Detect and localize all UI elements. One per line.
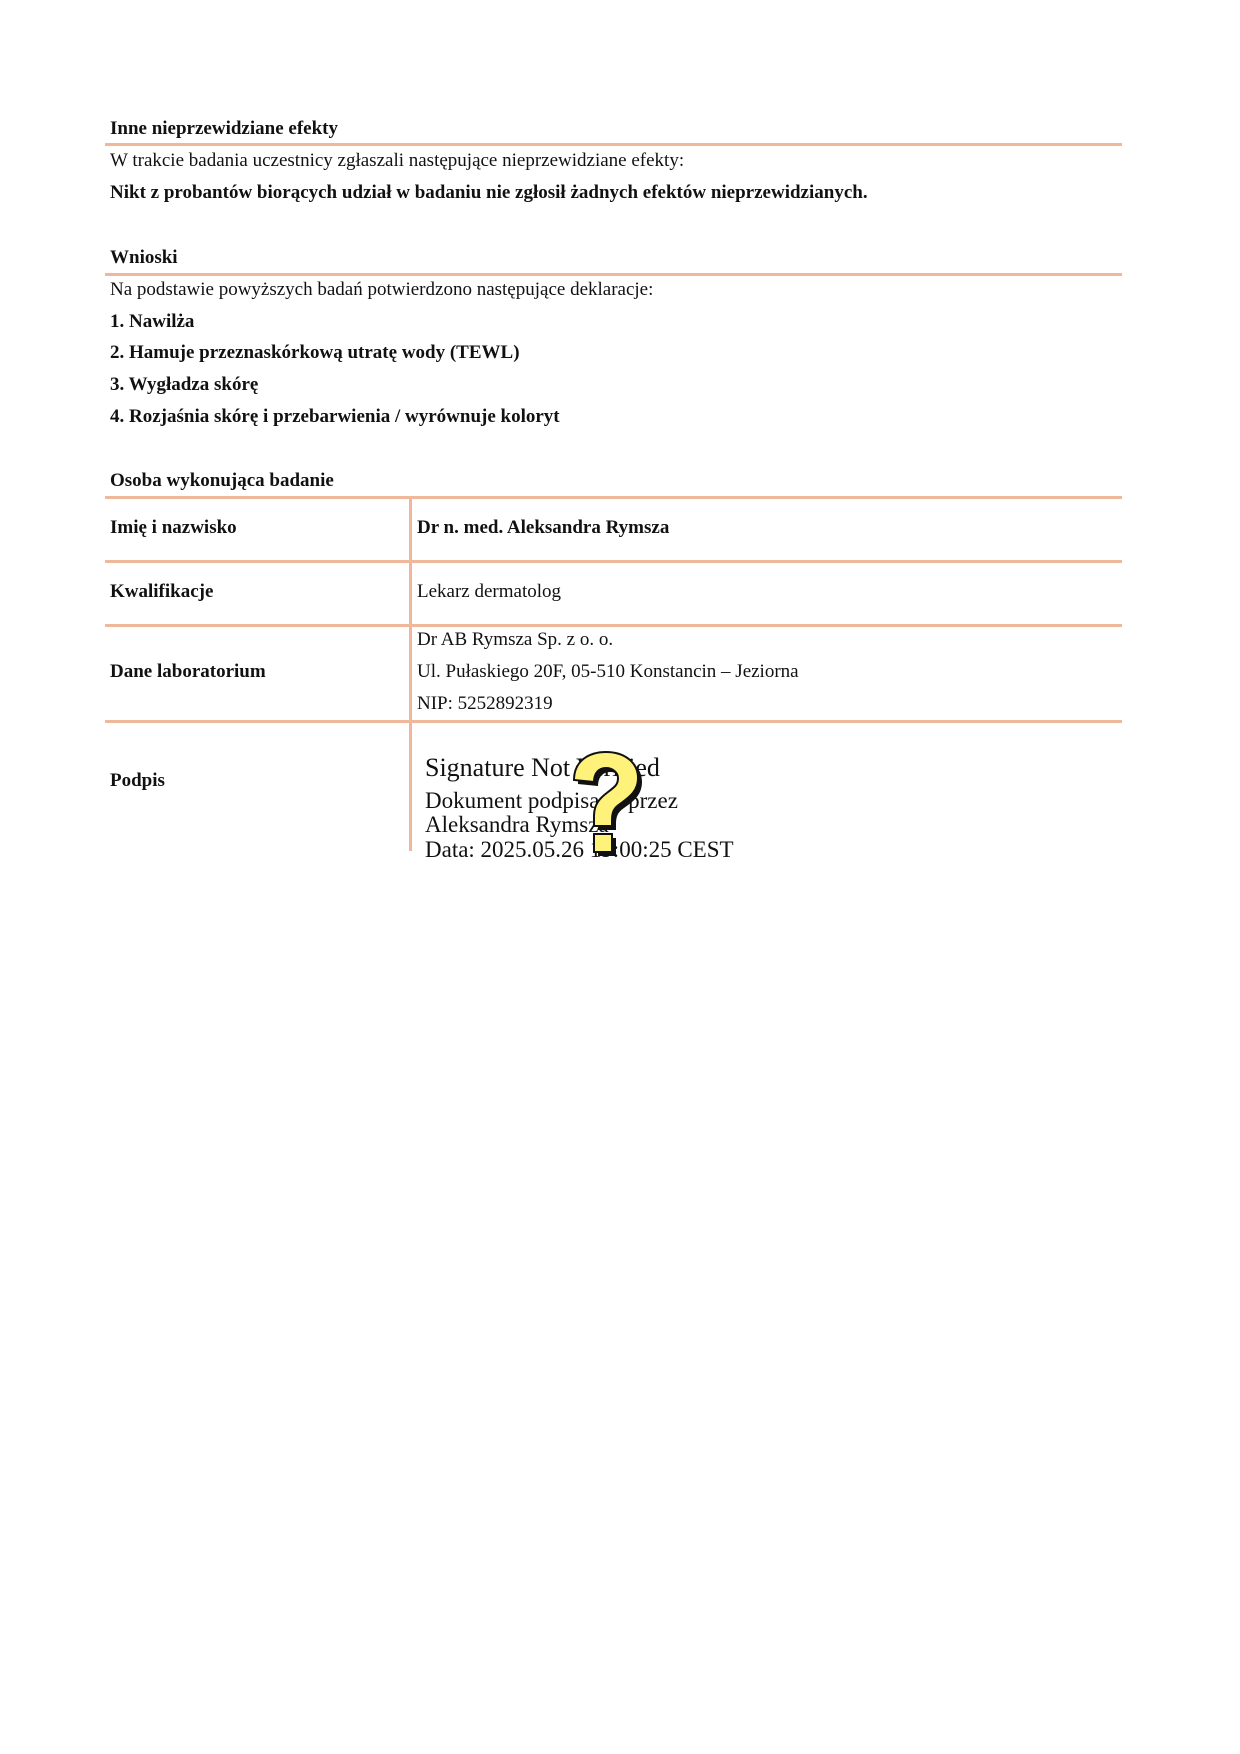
signature-signer: Aleksandra Rymsza xyxy=(425,812,609,837)
table-column-divider xyxy=(409,496,412,851)
section-heading-researcher: Osoba wykonująca badanie xyxy=(110,470,334,492)
section-heading-unforeseen: Inne nieprzewidziane efekty xyxy=(110,118,338,140)
table-rule xyxy=(105,496,1122,499)
lab-name: Dr AB Rymsza Sp. z o. o. xyxy=(417,629,613,651)
row-label-lab: Dane laboratorium xyxy=(110,661,266,683)
signature-signed-by-label: Dokument podpisany przez xyxy=(425,788,678,813)
row-label-name: Imię i nazwisko xyxy=(110,517,237,539)
lab-address: Ul. Pułaskiego 20F, 05-510 Konstancin – … xyxy=(417,661,799,683)
row-value-qualifications: Lekarz dermatolog xyxy=(417,581,561,603)
lab-nip: NIP: 5252892319 xyxy=(417,693,553,715)
unforeseen-statement: Nikt z probantów biorących udział w bada… xyxy=(110,182,868,204)
section-heading-conclusions: Wnioski xyxy=(110,247,178,269)
conclusion-item: 4. Rozjaśnia skórę i przebarwienia / wyr… xyxy=(110,406,560,428)
row-label-qualifications: Kwalifikacje xyxy=(110,581,213,603)
row-label-signature: Podpis xyxy=(110,770,165,792)
table-rule xyxy=(105,560,1122,563)
table-rule xyxy=(105,720,1122,723)
row-value-name: Dr n. med. Aleksandra Rymsza xyxy=(417,517,669,539)
table-rule xyxy=(105,624,1122,627)
section-rule xyxy=(105,273,1122,276)
conclusion-item: 3. Wygładza skórę xyxy=(110,374,258,396)
unforeseen-intro: W trakcie badania uczestnicy zgłaszali n… xyxy=(110,150,684,172)
conclusion-item: 2. Hamuje przeznaskórkową utratę wody (T… xyxy=(110,342,520,364)
conclusion-item: 1. Nawilża xyxy=(110,311,194,333)
conclusions-intro: Na podstawie powyższych badań potwierdzo… xyxy=(110,279,653,301)
signature-status: Signature Not Verified xyxy=(425,753,660,783)
signature-date: Data: 2025.05.26 19:00:25 CEST xyxy=(425,837,734,862)
section-rule xyxy=(105,143,1122,146)
